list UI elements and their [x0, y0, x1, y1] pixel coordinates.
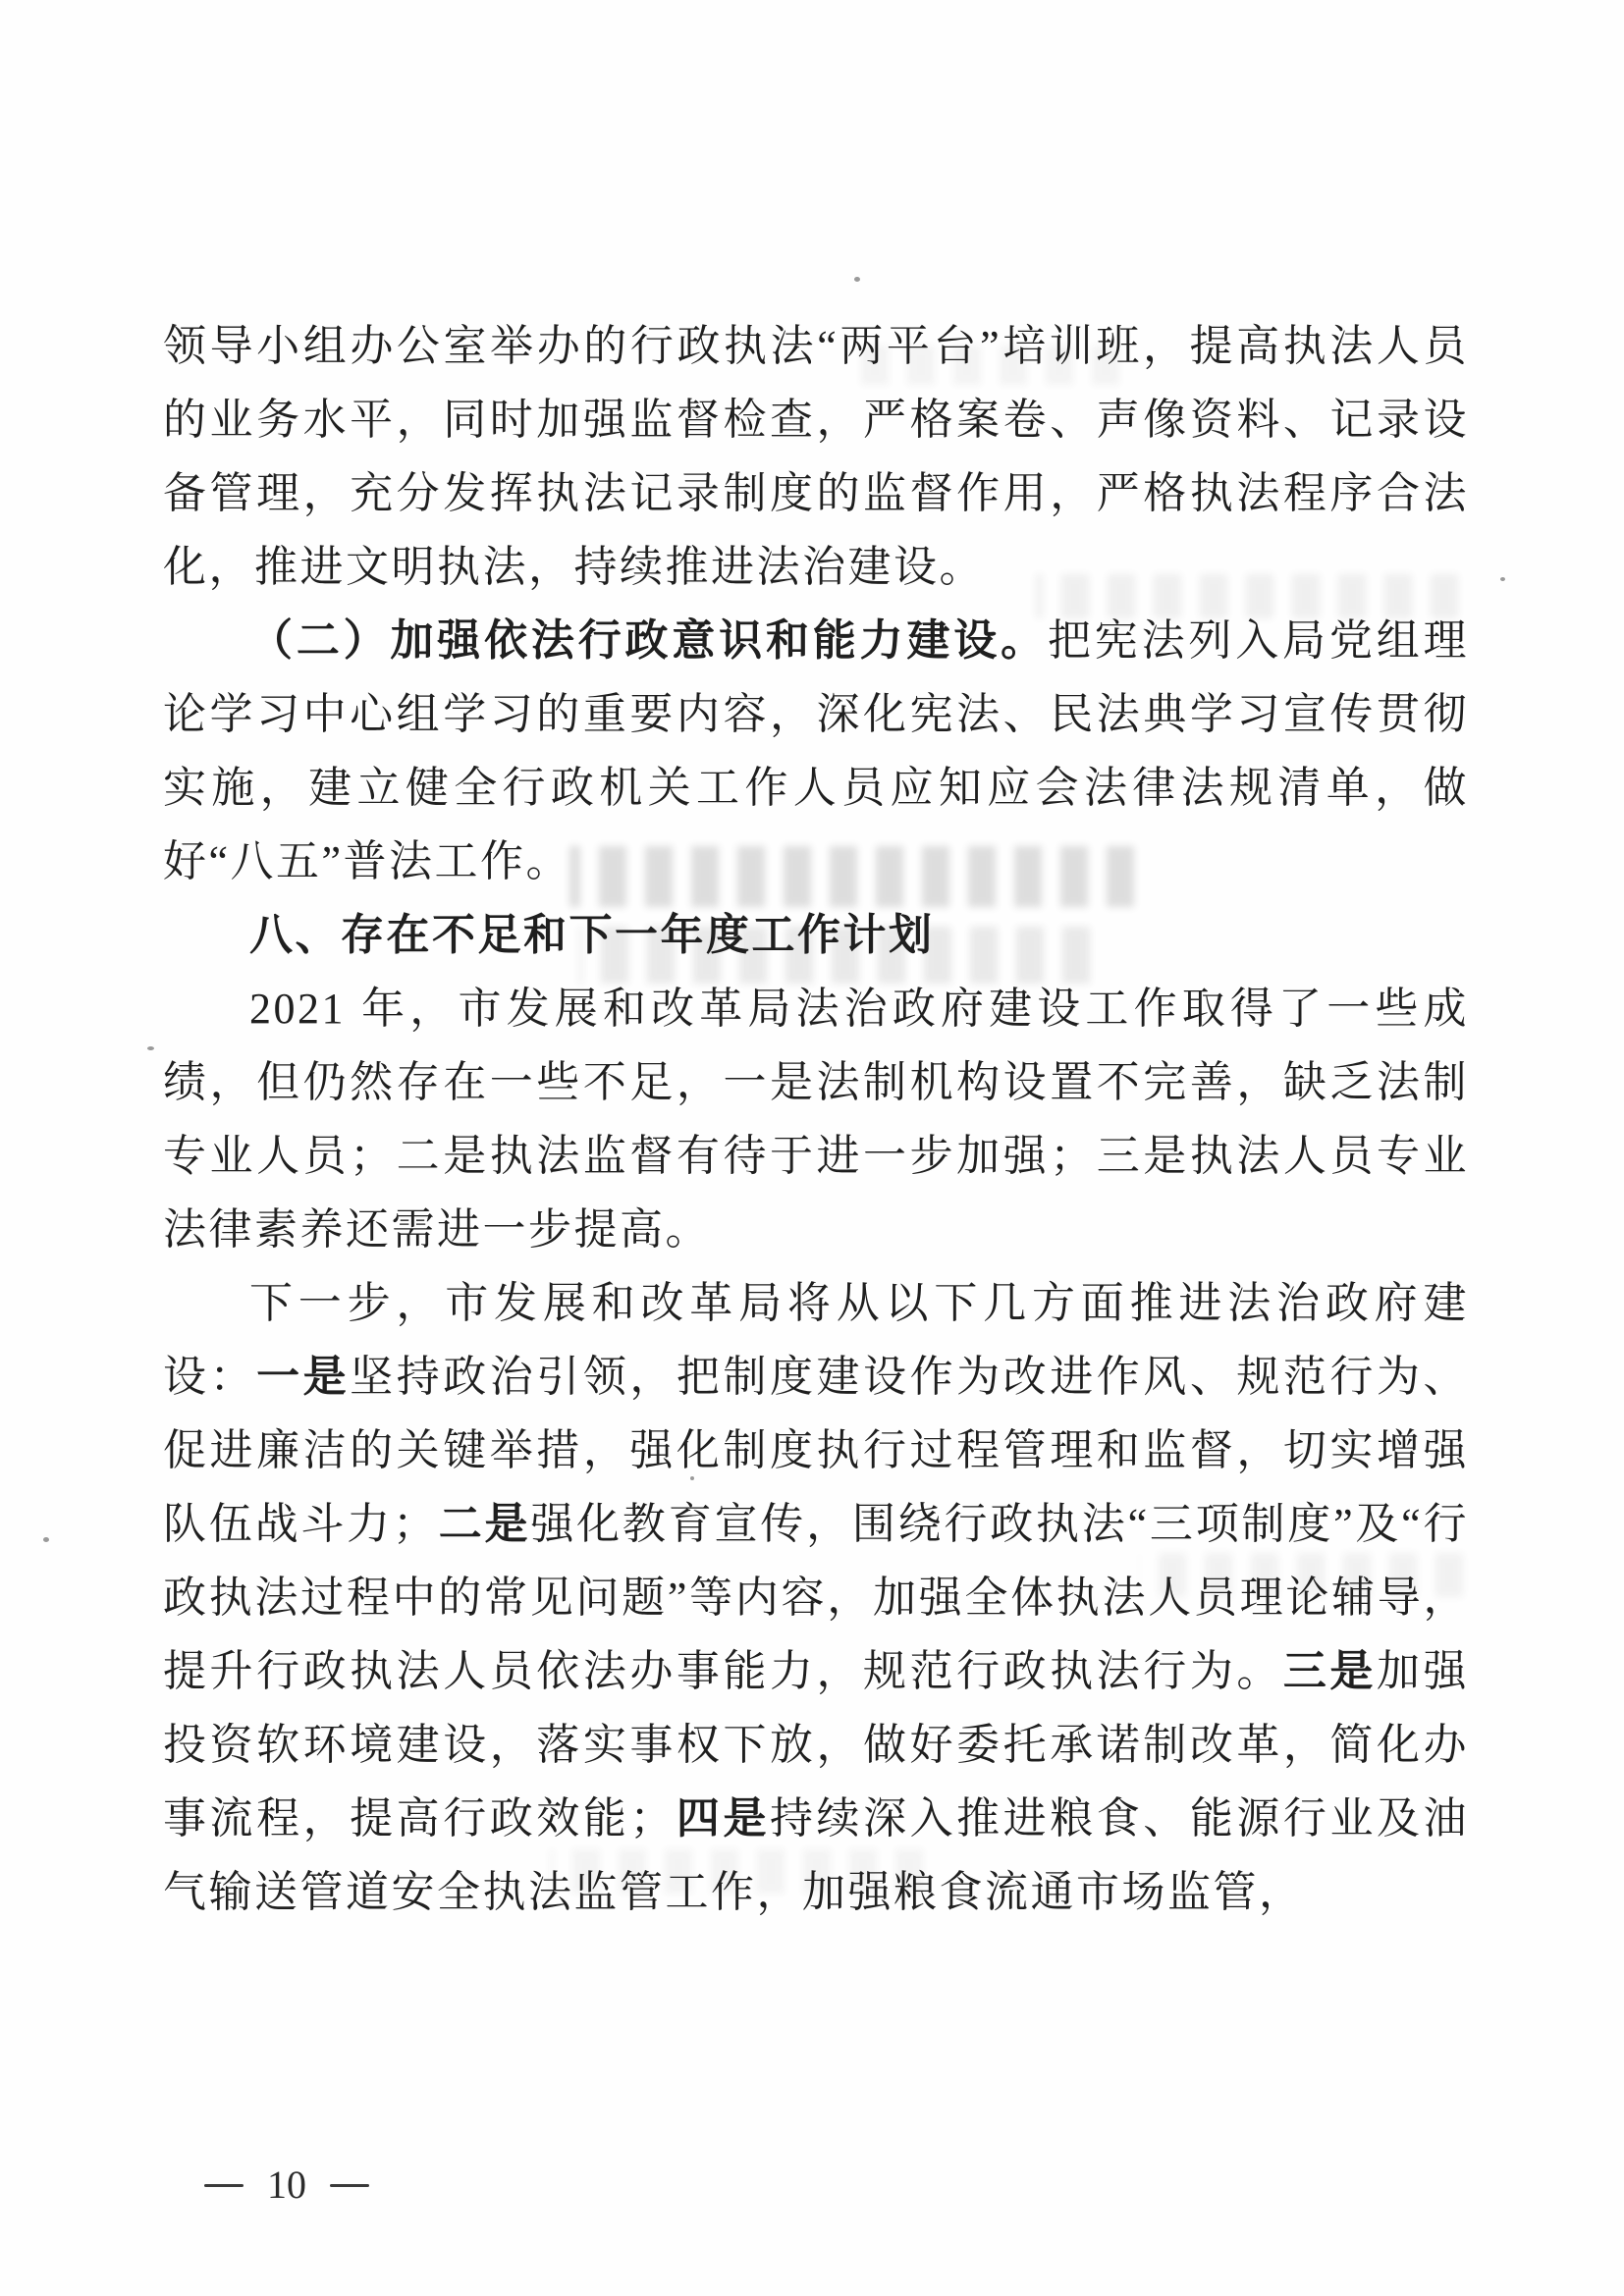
bold-text-segment: 四是 [676, 1794, 770, 1842]
body-paragraph: （二）加强依法行政意识和能力建设。把宪法列入局党组理论学习中心组学习的重要内容，… [163, 604, 1469, 898]
scan-speck [43, 1537, 49, 1542]
scan-speck [147, 1046, 154, 1050]
body-paragraph: 领导小组办公室举办的行政执法“两平台”培训班，提高执法人员的业务水平，同时加强监… [163, 309, 1469, 604]
document-text-block: 领导小组办公室举办的行政执法“两平台”培训班，提高执法人员的业务水平，同时加强监… [163, 309, 1469, 1929]
section-heading: 八、存在不足和下一年度工作计划 [163, 898, 1469, 972]
body-paragraph: 下一步，市发展和改革局将从以下几方面推进法治政府建设：一是坚持政治引领，把制度建… [163, 1266, 1469, 1929]
footer-dash-left [204, 2184, 244, 2187]
bold-text-segment: 一是 [256, 1353, 350, 1401]
body-paragraph: 2021 年，市发展和改革局法治政府建设工作取得了一些成绩，但仍然存在一些不足，… [163, 972, 1469, 1266]
page-footer: 10 [204, 2158, 369, 2213]
scan-speck [1500, 577, 1505, 581]
page-number: 10 [267, 2165, 306, 2205]
document-page: 领导小组办公室举办的行政执法“两平台”培训班，提高执法人员的业务水平，同时加强监… [0, 0, 1624, 2296]
text-segment: 领导小组办公室举办的行政执法“两平台”培训班，提高执法人员的业务水平，同时加强监… [163, 322, 1469, 591]
bold-text-segment: 二是 [438, 1500, 530, 1548]
text-segment: 2021 年，市发展和改革局法治政府建设工作取得了一些成绩，但仍然存在一些不足，… [163, 985, 1469, 1254]
bold-text-segment: 三是 [1283, 1647, 1377, 1695]
footer-dash-right [330, 2184, 369, 2187]
scan-speck [854, 277, 860, 282]
bold-text-segment: 八、存在不足和下一年度工作计划 [249, 911, 935, 959]
bold-text-segment: （二）加强依法行政意识和能力建设。 [249, 616, 1048, 665]
